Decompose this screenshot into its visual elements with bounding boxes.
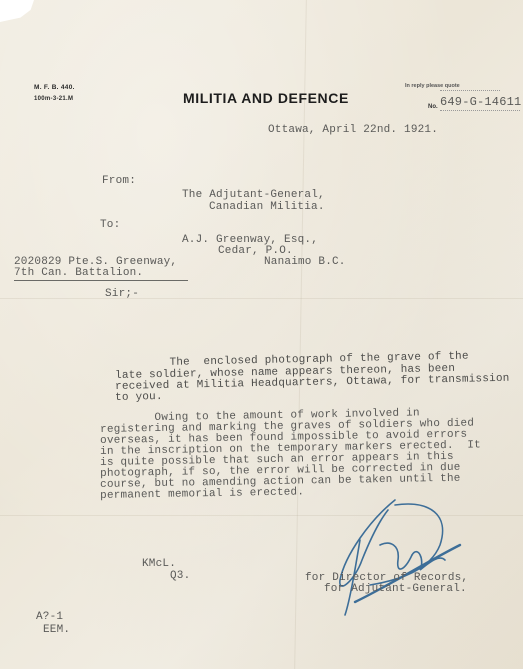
- reference-initials-2: EEM.: [43, 624, 70, 636]
- typist-code: Q3.: [170, 570, 190, 582]
- signature-line2: for Adjutant-General.: [324, 583, 467, 595]
- reference-initials-1: A?-1: [36, 611, 63, 623]
- typist-initials: KMcL.: [142, 558, 176, 570]
